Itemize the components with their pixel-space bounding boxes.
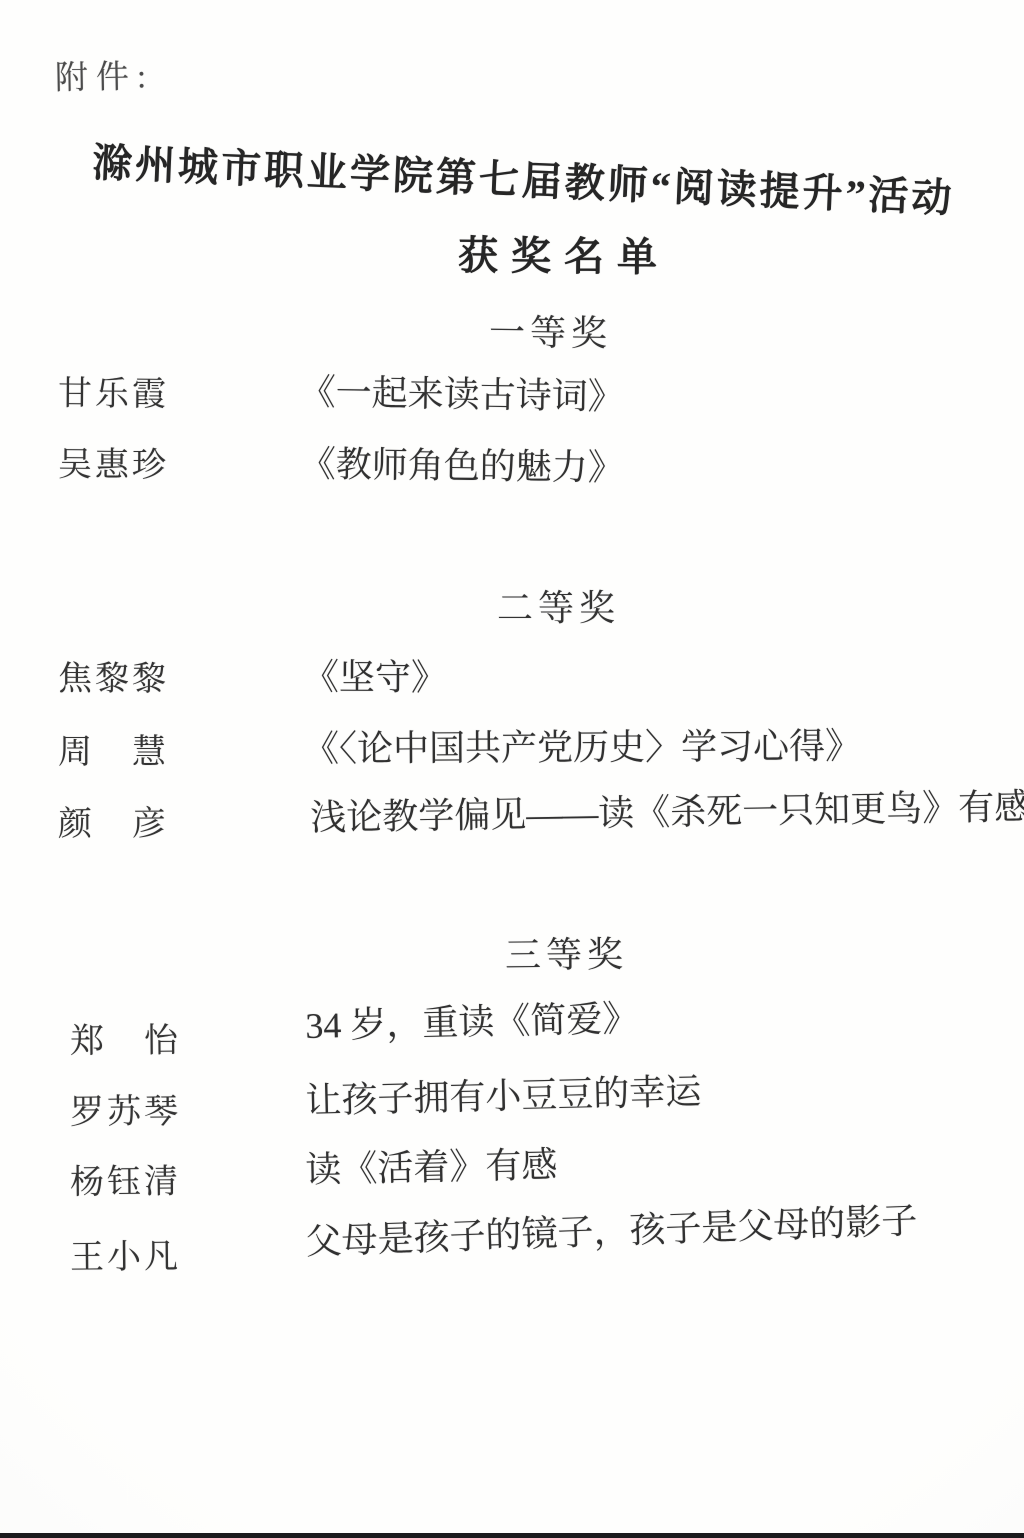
document-title-line-2: 获奖名单 (458, 236, 670, 278)
winner-name: 甘乐霞 (58, 378, 169, 413)
section-heading-first-prize: 一等奖 (489, 314, 613, 352)
work-title: 父母是孩子的镜子，孩子是父母的影子 (305, 1203, 918, 1260)
section-heading-third-prize: 三等奖 (505, 936, 628, 973)
winner-name: 杨钰清 (70, 1166, 181, 1201)
work-title: 读《活着》有感 (305, 1147, 558, 1188)
work-title: 《〈论中国共产党历史〉学习心得》 (303, 728, 861, 767)
work-title: 34 岁，重读《简爱》 (305, 1000, 639, 1044)
winner-name: 罗苏琴 (70, 1096, 181, 1131)
document-title-line-1: 滁州城市职业学院第七届教师“阅读提升”活动 (91, 143, 955, 219)
winner-name: 焦黎黎 (58, 663, 169, 698)
winner-name: 吴惠珍 (58, 449, 169, 484)
work-title: 让孩子拥有小豆豆的幸运 (305, 1073, 702, 1119)
winner-name: 颜 彦 (58, 808, 169, 843)
work-title: 浅论教学偏见——读《杀死一只知更鸟》有感 (310, 789, 1024, 836)
scanned-document-page: 附件: 滁州城市职业学院第七届教师“阅读提升”活动 获奖名单 一等奖 甘乐霞 《… (0, 0, 1024, 1538)
winner-name: 郑 怡 (70, 1025, 181, 1060)
work-title: 《教师角色的魅力》 (300, 446, 624, 486)
work-title: 《一起来读古诗词》 (299, 374, 624, 415)
scan-edge-bar (0, 1533, 1024, 1538)
section-heading-second-prize: 二等奖 (497, 590, 620, 626)
winner-name: 周 慧 (58, 736, 169, 770)
work-title: 《坚守》 (303, 659, 447, 696)
attachment-label: 附件: (55, 61, 155, 96)
winner-name: 王小凡 (70, 1240, 181, 1275)
